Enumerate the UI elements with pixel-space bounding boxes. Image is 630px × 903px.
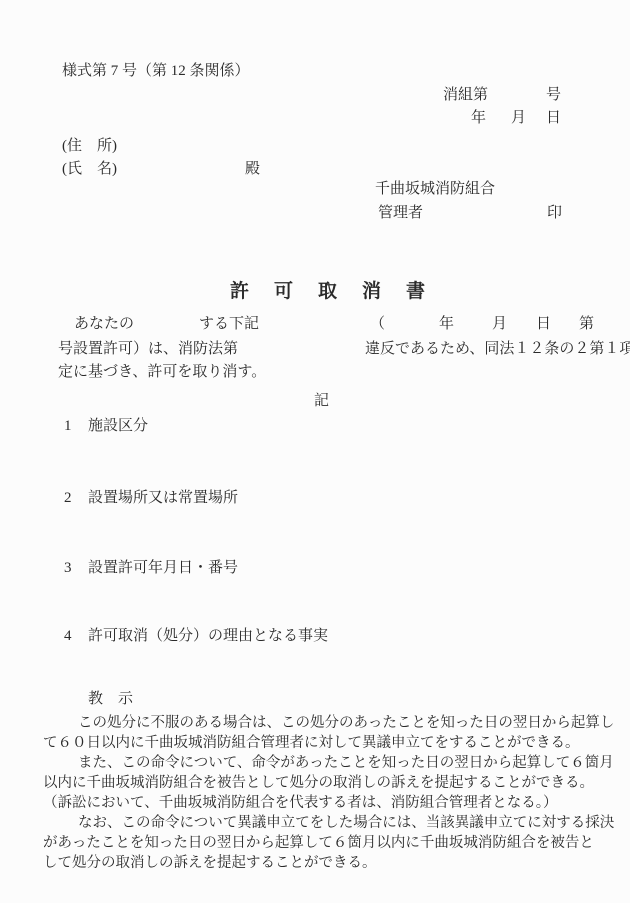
body-line2-right: 違反であるため、同法１２条の２第１項の規 [365,339,630,359]
issuer-title: 管理者 [378,203,423,223]
issuer-organization: 千曲坂城消防組合 [375,179,495,199]
item-3-number: 3 [64,558,72,578]
kyoji-line-1: この処分に不服のある場合は、この処分のあったことを知った日の翌日から起算し [78,713,614,733]
kyoji-line-3: また、この命令について、命令があったことを知った日の翌日から起算して６箇月 [78,753,614,773]
body-line1-dai: 第 [579,314,594,334]
item-2-number: 2 [64,488,72,508]
item-4-number: 4 [64,626,72,646]
kyoji-heading: 教 示 [88,689,133,709]
date-year-label: 年 [471,108,486,128]
item-1-number: 1 [64,416,72,436]
kyoji-line-2: て６０日以内に千曲坂城消防組合管理者に対して異議申立てをすることができる。 [43,733,580,753]
name-label: (氏 名) [62,159,117,179]
honorific-dono: 殿 [245,159,260,179]
body-line1-anata: あなたの [74,314,134,334]
kyoji-line-5: （訴訟において、千曲坂城消防組合を代表する者は、消防組合管理者となる。） [43,793,557,813]
body-line3: 定に基づき、許可を取り消す。 [58,362,266,382]
body-line2-left: 号設置許可）は、消防法第 [58,339,238,359]
kyoji-line-6: なお、この命令について異議申立てをした場合には、当該異議申立てに対する採決 [78,813,614,833]
reference-number-prefix: 消組第 [443,85,488,105]
reference-number-suffix: 号 [546,85,561,105]
body-line1-open-paren: （ [370,314,385,334]
item-3-label: 設置許可年月日・番号 [88,558,238,578]
address-label: (住 所) [62,136,117,156]
date-month-label: 月 [511,108,526,128]
kyoji-line-7: があったことを知った日の翌日から起算して６箇月以内に千曲坂城消防組合を被告と [43,833,594,853]
revocation-document-page: 様式第 7 号（第 12 条関係） 消組第 号 年 月 日 (住 所) (氏 名… [0,0,630,903]
body-line1-suru-kaki: する下記 [199,314,259,334]
body-line1-day: 日 [536,314,551,334]
document-title: 許 可 取 消 書 [230,280,428,304]
item-2-label: 設置場所又は常置場所 [88,488,238,508]
date-day-label: 日 [546,108,561,128]
item-4-label: 許可取消（処分）の理由となる事実 [88,626,328,646]
body-line1-month: 月 [492,314,507,334]
seal-mark: 印 [547,203,562,223]
kyoji-line-8: して処分の取消しの訴えを提起することができる。 [43,853,377,873]
ki-marker: 記 [314,391,329,411]
item-1-label: 施設区分 [88,416,148,436]
body-line1-year: 年 [439,314,454,334]
kyoji-line-4: 以内に千曲坂城消防組合を被告として処分の取消しの訴えを提起することができる。 [43,773,594,793]
form-number: 様式第 7 号（第 12 条関係） [62,61,250,81]
